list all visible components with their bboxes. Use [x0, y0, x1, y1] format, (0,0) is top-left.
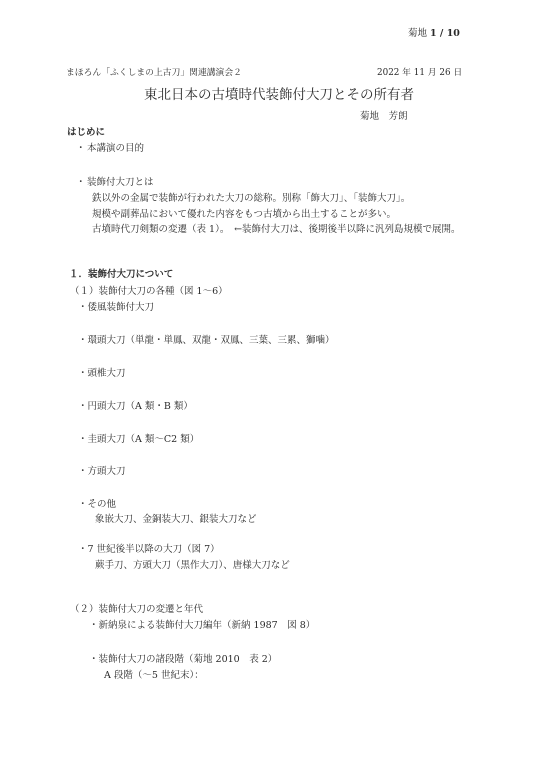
sword-type-item: ・方頭大刀 — [78, 466, 126, 478]
chronology-detail: A 段階（～5 世紀末）： — [104, 670, 204, 682]
sword-type-item: ・倭風装飾付大刀 — [78, 302, 154, 314]
sword-type-item: ・7 世紀後半以降の大刀（図 7） — [78, 544, 220, 556]
definition-line: 古墳時代刀剣類の変遷（表 1）。 ←装飾付大刀は、後期後半以降に汎列島規模で展開… — [92, 224, 461, 236]
page-number: 1 / 10 — [430, 28, 460, 40]
lecture-series: まほろん「ふくしまの上古刀」関連講演会２ — [66, 67, 242, 79]
sword-type-detail: 蕨手刀、方頭大刀（黒作大刀）、唐様大刀など — [95, 560, 290, 572]
intro-bullet: ・ — [76, 177, 86, 189]
intro-item-purpose: 本講演の目的 — [87, 143, 144, 155]
sword-type-item: ・環頭大刀（単龍・単鳳、双龍・双鳳、三葉、三累、獅噛） — [78, 335, 335, 347]
chronology-item: ・新納泉による装飾付大刀編年（新納 1987 図 8） — [89, 620, 315, 632]
intro-item-definition: 装飾付大刀とは — [87, 177, 154, 189]
definition-line: 鉄以外の金属で装飾が行われた大刀の総称。別称「飾大刀」、「装飾大刀」。 — [92, 193, 410, 205]
sword-type-detail: 象嵌大刀、金銅装大刀、銀装大刀など — [95, 514, 257, 526]
intro-bullet: ・ — [76, 143, 86, 155]
chronology-item: ・装飾付大刀の諸段階（菊地 2010 表 2） — [89, 654, 277, 666]
intro-heading: はじめに — [67, 127, 105, 139]
lecture-date: 2022 年 11 月 26 日 — [377, 67, 462, 79]
sword-type-item: ・頭椎大刀 — [78, 368, 126, 380]
document-title: 東北日本の古墳時代装飾付大刀とその所有者 — [144, 87, 414, 103]
subsection-2-heading: （２）装飾付大刀の変遷と年代 — [70, 604, 203, 616]
section-1-heading: １．装飾付大刀について — [69, 269, 173, 281]
sword-type-item: ・その他 — [78, 499, 116, 511]
sword-type-item: ・圭頭大刀（A 類～C2 類） — [78, 434, 199, 446]
page-header-author: 菊地 — [408, 28, 427, 40]
sword-type-item: ・円頭大刀（A 類・B 類） — [78, 401, 193, 413]
definition-line: 規模や副葬品において優れた内容をもつ古墳から出土することが多い。 — [92, 209, 396, 221]
subsection-1-heading: （１）装飾付大刀の各種（図 1～6） — [70, 286, 228, 298]
author-name: 菊地 芳朗 — [360, 111, 408, 123]
